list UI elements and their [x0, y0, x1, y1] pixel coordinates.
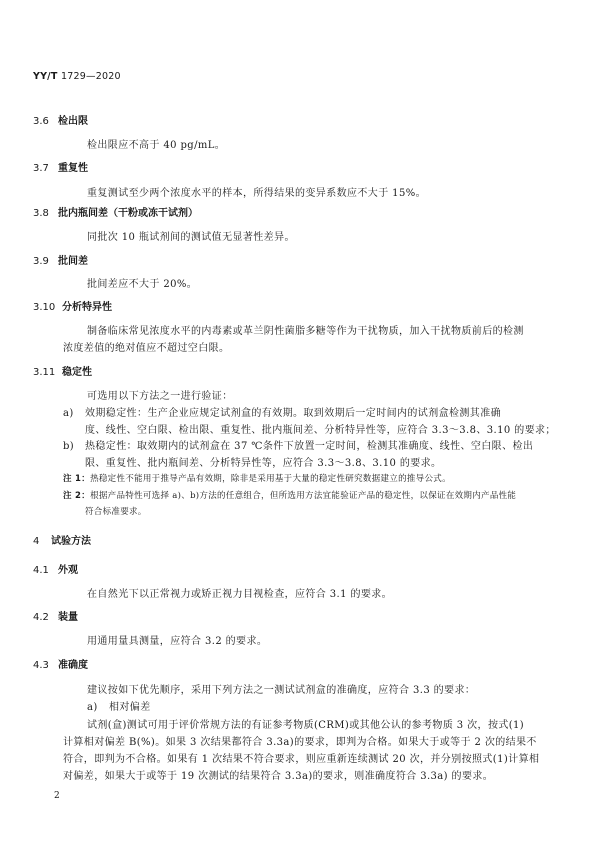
section-body-3-8: 同批次 10 瓶试剂间的测试值无显著性差异。	[87, 228, 295, 243]
section-title: 稳定性	[62, 367, 92, 378]
list-marker: a)	[63, 408, 85, 419]
section-heading-3-9: 3.9批间差	[33, 252, 88, 267]
section-body-3-6: 检出限应不高于 40 pg/mL。	[87, 136, 225, 151]
subsection-title: 相对偏差	[109, 702, 151, 713]
standard-prefix: YY/T	[33, 71, 58, 82]
section-body-3-10-line-2: 浓度差值的绝对值应不超过空白限。	[63, 339, 229, 354]
section-heading-4-2: 4.2装量	[33, 608, 78, 623]
list-item-text: 效期稳定性：生产企业应规定试剂盒的有效期。取到效期后一定时间内的试剂盒检测其准确	[85, 408, 501, 419]
section-title: 批内瓶间差（干粉或冻干试剂）	[58, 208, 198, 219]
subsection-heading-4-3-a: a)相对偏差	[87, 698, 151, 713]
section-heading-4-1: 4.1外观	[33, 561, 78, 576]
section-title: 准确度	[58, 660, 88, 671]
section-title: 装量	[58, 612, 78, 623]
section-heading-3-10: 3.10分析特异性	[33, 298, 112, 313]
chapter-heading-4: 4试验方法	[33, 532, 91, 547]
section-heading-3-8: 3.8批内瓶间差（干粉或冻干试剂）	[33, 204, 198, 219]
section-number: 3.6	[33, 116, 58, 127]
list-marker: a)	[87, 702, 109, 713]
section-number: 3.7	[33, 163, 58, 174]
page-number: 2	[54, 791, 60, 801]
note-text: 热稳定性不能用于推导产品有效期，除非是采用基于大量的稳定性研究数据建立的推导公式…	[90, 474, 451, 484]
section-body-4-1: 在自然光下以正常视力或矫正视力目视检查，应符合 3.1 的要求。	[87, 585, 392, 600]
section-number: 4.3	[33, 660, 58, 671]
section-title: 重复性	[58, 163, 88, 174]
chapter-number: 4	[33, 536, 51, 547]
note-label: 注 1：	[63, 474, 90, 484]
note-2: 注 2：根据产品特性可选择 a)、b)方法的任意组合，但所选用方法宜能验证产品的…	[63, 489, 516, 501]
section-title: 外观	[58, 565, 78, 576]
section-heading-4-3: 4.3准确度	[33, 656, 88, 671]
section-number: 4.2	[33, 612, 58, 623]
standard-code: YY/T 1729—2020	[33, 71, 121, 82]
section-body-4-3-line-1: 试剂(盒)测试可用于评价常规方法的有证参考物质(CRM)或其他公认的参考物质 3…	[87, 716, 524, 731]
section-body-4-3-line-2: 计算相对偏差 B(%)。如果 3 次结果都符合 3.3a)的要求，即判为合格。如…	[63, 733, 537, 748]
list-item-a: a)效期稳定性：生产企业应规定试剂盒的有效期。取到效期后一定时间内的试剂盒检测其…	[63, 404, 501, 419]
section-heading-3-7: 3.7重复性	[33, 159, 88, 174]
section-body-4-2: 用通用量具测量，应符合 3.2 的要求。	[87, 632, 267, 647]
section-title: 分析特异性	[62, 302, 112, 313]
standard-number: 1729—2020	[61, 71, 121, 82]
section-intro-4-3: 建议按如下优先顺序，采用下列方法之一测试试剂盒的准确度，应符合 3.3 的要求：	[87, 681, 475, 696]
chapter-title: 试验方法	[51, 536, 91, 547]
list-item-a-continuation: 度、线性、空白限、检出限、重复性、批内瓶间差、分析特异性等，应符合 3.3～3.…	[85, 421, 556, 436]
section-heading-3-6: 3.6检出限	[33, 112, 88, 127]
section-number: 3.8	[33, 208, 58, 219]
section-number: 4.1	[33, 565, 58, 576]
list-marker: b)	[63, 441, 85, 452]
section-body-3-7: 重复测试至少两个浓度水平的样本，所得结果的变异系数应不大于 15%。	[87, 184, 426, 199]
section-number: 3.9	[33, 256, 58, 267]
section-number: 3.10	[33, 302, 62, 313]
section-number: 3.11	[33, 367, 62, 378]
list-item-text: 热稳定性：取效期内的试剂盒在 37 ℃条件下放置一定时间，检测其准确度、线性、空…	[85, 441, 533, 452]
section-intro-3-11: 可选用以下方法之一进行验证：	[87, 387, 233, 402]
note-1: 注 1：热稳定性不能用于推导产品有效期，除非是采用基于大量的稳定性研究数据建立的…	[63, 472, 451, 484]
section-body-3-9: 批间差应不大于 20%。	[87, 275, 197, 290]
section-heading-3-11: 3.11稳定性	[33, 363, 92, 378]
list-item-b-continuation: 限、重复性、批内瓶间差、分析特异性等，应符合 3.3～3.8、3.10 的要求。	[85, 454, 441, 469]
note-2-continuation: 符合标准要求。	[85, 505, 147, 517]
section-body-3-10-line-1: 制备临床常见浓度水平的内毒素或革兰阴性菌脂多糖等作为干扰物质，加入干扰物质前后的…	[87, 322, 524, 337]
list-item-b: b)热稳定性：取效期内的试剂盒在 37 ℃条件下放置一定时间，检测其准确度、线性…	[63, 437, 533, 452]
note-text: 根据产品特性可选择 a)、b)方法的任意组合，但所选用方法宜能验证产品的稳定性，…	[90, 491, 516, 501]
section-title: 检出限	[58, 116, 88, 127]
section-body-4-3-line-4: 对偏差，如果大于或等于 19 次测试的结果符合 3.3a)的要求，则准确度符合 …	[63, 767, 493, 782]
note-label: 注 2：	[63, 491, 90, 501]
section-body-4-3-line-3: 符合，即判为不合格。如果有 1 次结果不符合要求，则应重新连续测试 20 次，并…	[63, 750, 539, 765]
section-title: 批间差	[58, 256, 88, 267]
